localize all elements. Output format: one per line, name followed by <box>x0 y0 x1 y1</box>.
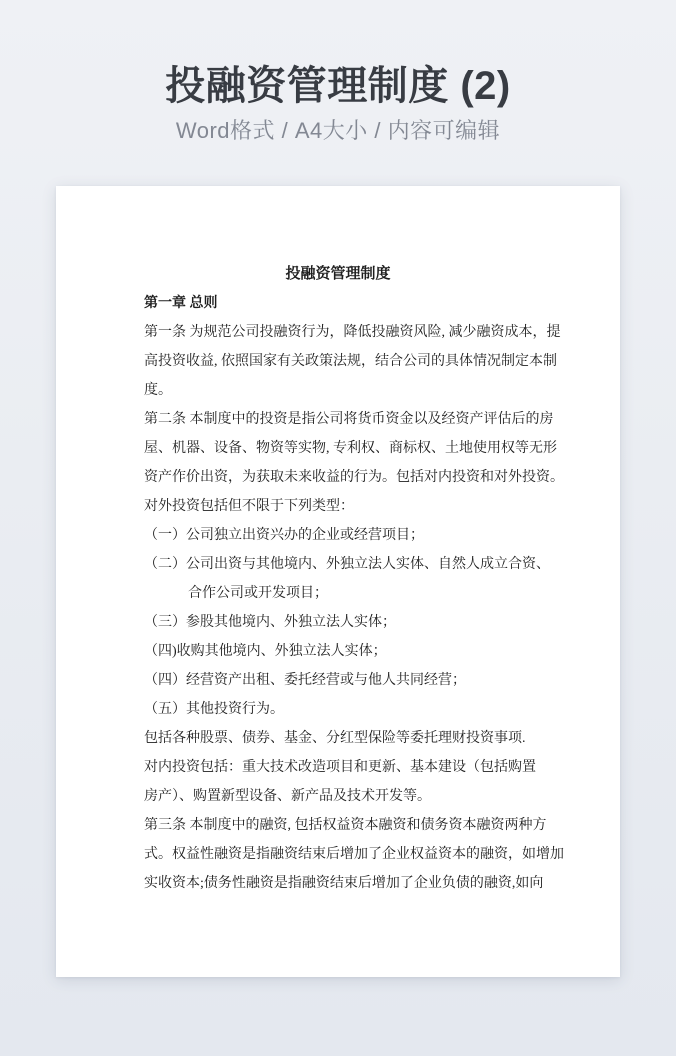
doc-line: 对外投资包括但不限于下列类型： <box>144 492 532 521</box>
doc-line: 房产）、购置新型设备、新产品及技术开发等。 <box>144 782 532 811</box>
doc-line: 第一条 为规范公司投融资行为，降低投融资风险, 减少融资成本，提 <box>144 318 532 347</box>
doc-line: 屋、机器、设备、物资等实物, 专利权、商标权、土地使用权等无形 <box>144 434 532 463</box>
doc-line: 第二条 本制度中的投资是指公司将货币资金以及经资产评估后的房 <box>144 405 532 434</box>
doc-line: 资产作价出资，为获取未来收益的行为。包括对内投资和对外投资。 <box>144 463 532 492</box>
document-page: 投融资管理制度 第一章 总则 第一条 为规范公司投融资行为，降低投融资风险, 减… <box>56 186 620 977</box>
doc-line: （二）公司出资与其他境内、外独立法人实体、自然人成立合资、 <box>144 550 532 579</box>
chapter-heading: 第一章 总则 <box>144 289 532 318</box>
doc-line: （五）其他投资行为。 <box>144 695 532 724</box>
doc-line: （三）参股其他境内、外独立法人实体； <box>144 608 532 637</box>
document-body: 投融资管理制度 第一章 总则 第一条 为规范公司投融资行为，降低投融资风险, 减… <box>144 260 532 898</box>
doc-line: 实收资本;债务性融资是指融资结束后增加了企业负债的融资,如向 <box>144 869 532 898</box>
doc-line: 度。 <box>144 376 532 405</box>
doc-line: （四)收购其他境内、外独立法人实体； <box>144 637 532 666</box>
doc-title: 投融资管理制度 <box>144 260 532 289</box>
doc-line: （四）经营资产出租、委托经营或与他人共同经营； <box>144 666 532 695</box>
page-title: 投融资管理制度 (2) <box>0 62 676 110</box>
doc-line: 式。权益性融资是指融资结束后增加了企业权益资本的融资，如增加 <box>144 840 532 869</box>
preview-header: 投融资管理制度 (2) Word格式 / A4大小 / 内容可编辑 <box>0 0 676 145</box>
page-subtitle: Word格式 / A4大小 / 内容可编辑 <box>0 117 676 145</box>
doc-line: 包括各种股票、债券、基金、分红型保险等委托理财投资事项. <box>144 724 532 753</box>
doc-line: 第三条 本制度中的融资, 包括权益资本融资和债务资本融资两种方 <box>144 811 532 840</box>
doc-line: 高投资收益, 依照国家有关政策法规，结合公司的具体情况制定本制 <box>144 347 532 376</box>
doc-line: （一）公司独立出资兴办的企业或经营项目； <box>144 521 532 550</box>
doc-line: 对内投资包括：重大技术改造项目和更新、基本建设（包括购置 <box>144 753 532 782</box>
doc-line: 合作公司或开发项目； <box>144 579 532 608</box>
